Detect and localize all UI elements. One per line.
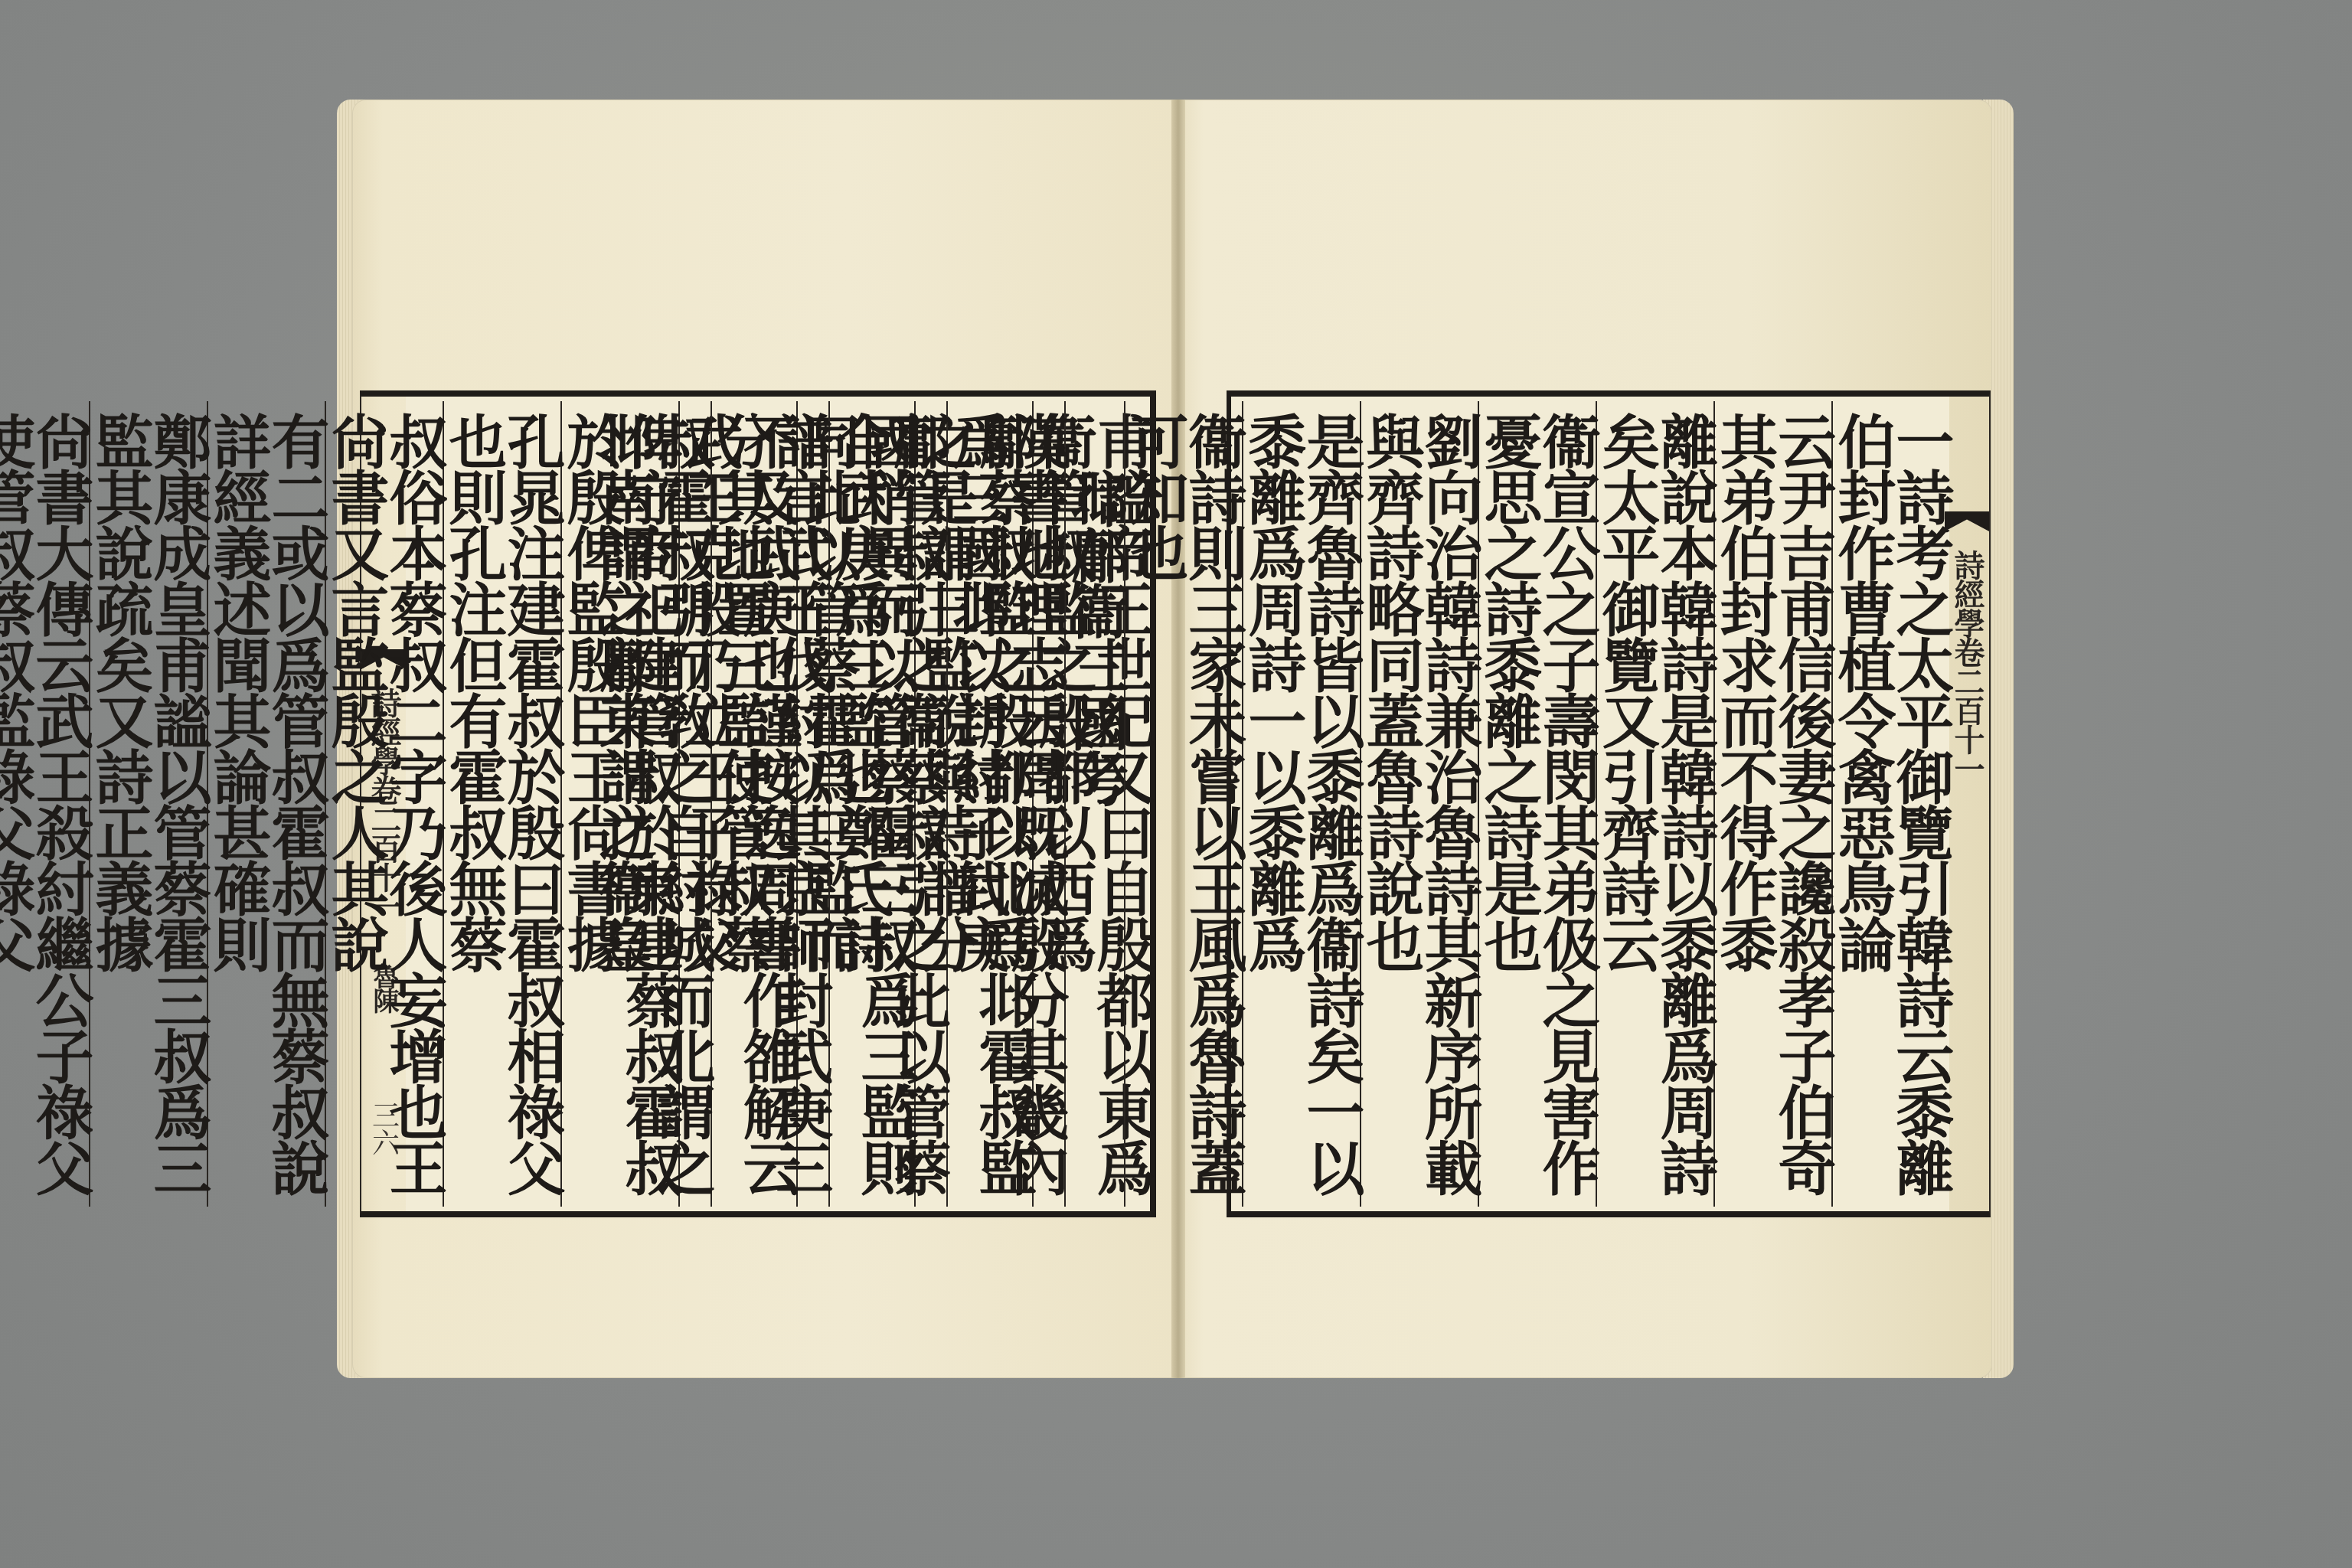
text-column: 劉向治韓詩兼治魯詩其新序所載與齊詩略同蓋魯詩說也 <box>1360 401 1478 1207</box>
text-column: 漢書地理志云周既滅殷分其畿內爲三國邶以封紂子武庚 <box>946 401 1064 1207</box>
text-column: 叔霍叔引而敎之自紂城而北謂之邶南謂之鄘東謂之衞皇 <box>594 401 710 1207</box>
text-column: 鄭康成皇甫謐以管蔡霍三叔爲三監其說疏矣又詩正義據 <box>89 401 207 1207</box>
text-column: 是齊魯詩皆以黍離爲衞詩矣一以黍離爲周詩一以黍離爲 <box>1242 401 1360 1207</box>
text-column: 一詩考之太平御覽引韓詩云黍離伯封作曹植令禽惡鳥論 <box>1831 401 1949 1207</box>
text-column: 孔晁注建霍叔於殷曰霍叔相祿父也則孔注但有霍叔無蔡 <box>443 401 560 1207</box>
text-column: 譜言武王伐紂以其京師封武庚三分其地置三監使管叔蔡 <box>710 401 828 1207</box>
text-column: 尙書大傳云武王殺紂繼公子祿父使管叔蔡叔監祿父祿父 <box>0 401 89 1207</box>
text-column: 鄘管叔引之衞蔡叔引之此以管蔡合武庚爲三監也鄭氏詩 <box>828 401 946 1207</box>
text-column: 離說本韓詩是韓詩以黍離爲周詩矣太平御覽又引齊詩云 <box>1596 401 1713 1207</box>
section-heading-column: 邶鄘衞三國考 <box>1064 401 1124 1207</box>
text-column: 叔俗本蔡叔二字乃後人妄增也王尙書又言監殷之人其說 <box>325 401 443 1207</box>
right-banxin-fold-margin: 詩經學卷二百十一 <box>1945 390 1991 1217</box>
fishtail-mark-icon <box>1945 511 1989 531</box>
text-column: 云尹吉甫信後妻之讒殺孝子伯奇其弟伯封求而不得作黍 <box>1713 401 1831 1207</box>
text-column: 衞宣公之子壽閔其弟伋之見害作憂思之詩黍離之詩是也 <box>1478 401 1596 1207</box>
right-columns: 一詩考之太平御覽引韓詩云黍離伯封作曹植令禽惡鳥論 云尹吉甫信後妻之讒殺孝子伯奇其… <box>1231 401 1949 1207</box>
text-column: 有二或以爲管叔霍叔而無蔡叔說詳經義述聞其論甚確則 <box>207 401 325 1207</box>
text-column: 衞詩則三家未嘗以王風爲魯詩蓋可知也 <box>1124 401 1242 1207</box>
right-banxin-title: 詩經學卷二百十一 <box>1952 550 1982 782</box>
right-text-frame: 一詩考之太平御覽引韓詩云黍離伯封作曹植令禽惡鳥論 云尹吉甫信後妻之讒殺孝子伯奇其… <box>1227 390 1949 1217</box>
section-heading: 邶鄘衞三國考 <box>1066 401 1124 1207</box>
